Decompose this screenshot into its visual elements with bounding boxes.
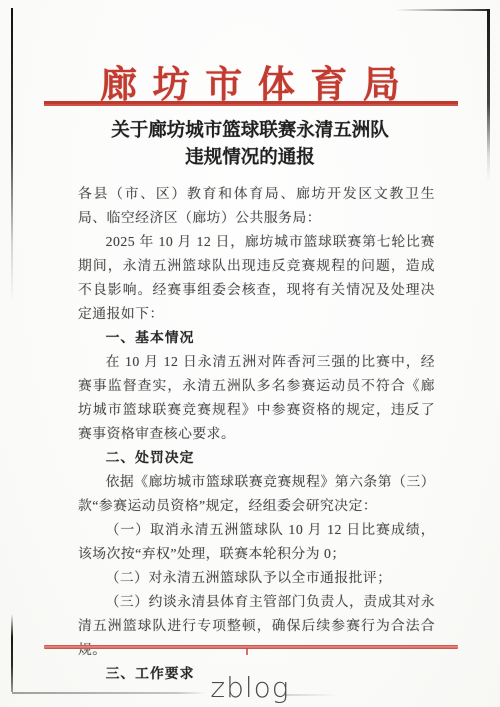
document-title-line1: 关于廊坊城市篮球联赛永清五洲队 <box>0 116 500 143</box>
document-body: 各县（市、区）教育和体育局、廊坊开发区文教卫生局、临空经济区（廊坊）公共服务局：… <box>78 182 435 686</box>
section-2-heading: 二、处罚决定 <box>78 446 435 470</box>
intro-paragraph: 2025 年 10 月 12 日，廊坊城市篮球联赛第七轮比赛期间，永清五洲篮球队… <box>78 230 435 326</box>
salutation: 各县（市、区）教育和体育局、廊坊开发区文教卫生局、临空经济区（廊坊）公共服务局： <box>78 182 435 230</box>
letterhead-divider <box>44 101 458 106</box>
section-2-paragraph-4: （三）约谈永清县体育主管部门负责人，责成其对永清五洲篮球队进行专项整顿，确保后续… <box>78 590 435 662</box>
section-1-heading: 一、基本情况 <box>78 326 435 350</box>
agency-name: 廊坊市体育局 <box>0 54 500 108</box>
document-title: 关于廊坊城市篮球联赛永清五洲队 违规情况的通报 <box>0 116 500 170</box>
scanned-notice-page: 廊坊市体育局 关于廊坊城市篮球联赛永清五洲队 违规情况的通报 各县（市、区）教育… <box>0 0 500 707</box>
footer-divider <box>44 645 458 649</box>
scan-edge-line-top-right <box>396 9 489 11</box>
document-title-line2: 违规情况的通报 <box>0 143 500 170</box>
section-2-paragraph-3: （二）对永清五洲篮球队予以全市通报批评； <box>78 566 435 590</box>
section-2-paragraph-2: （一）取消永清五洲篮球队 10 月 12 日比赛成绩，该场次按“弃权”处理，联赛… <box>78 518 435 566</box>
watermark-text: zblog <box>0 671 500 704</box>
section-1-paragraph-1: 在 10 月 12 日永清五洲对阵香河三强的比赛中，经赛事监督查实，永清五洲队多… <box>78 350 435 446</box>
section-2-paragraph-1: 依据《廊坊城市篮球联赛竞赛规程》第六条第（三）款“参赛运动员资格”规定，经组委会… <box>78 470 435 518</box>
footer-divider-tick <box>246 648 248 655</box>
